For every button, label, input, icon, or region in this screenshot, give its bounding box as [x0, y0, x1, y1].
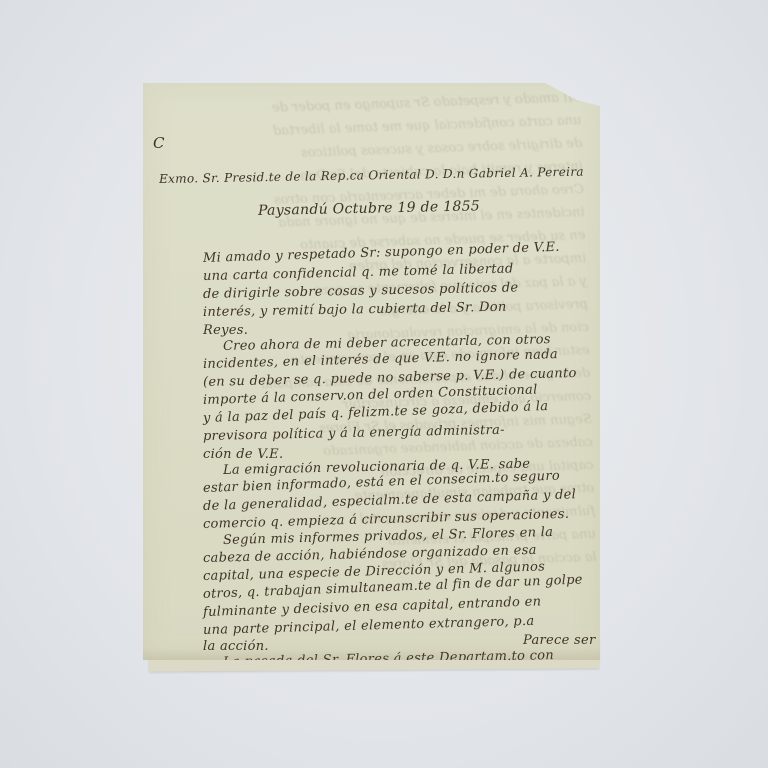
catchword: Parece ser [523, 633, 596, 649]
corner-mark: C [153, 135, 165, 151]
addressee-line: Exmo. Sr. Presid.te de la Rep.ca Orienta… [159, 164, 584, 187]
dateline: Paysandú Octubre 19 de 1855 [258, 198, 480, 219]
body-line: Reyes. [203, 323, 248, 339]
handwritten-text: C Exmo. Sr. Presid.te de la Rep.ca Orien… [143, 83, 600, 660]
body-line: previsora política y á la energía admini… [203, 423, 505, 445]
body-line: ción de V.E. [203, 447, 283, 463]
paper-edge-shadow [143, 648, 600, 660]
body-line: interés, y remití bajo la cubierta del S… [203, 300, 507, 321]
letter-sheet: Mi amado y respetado Sr supongo en poder… [143, 83, 600, 660]
